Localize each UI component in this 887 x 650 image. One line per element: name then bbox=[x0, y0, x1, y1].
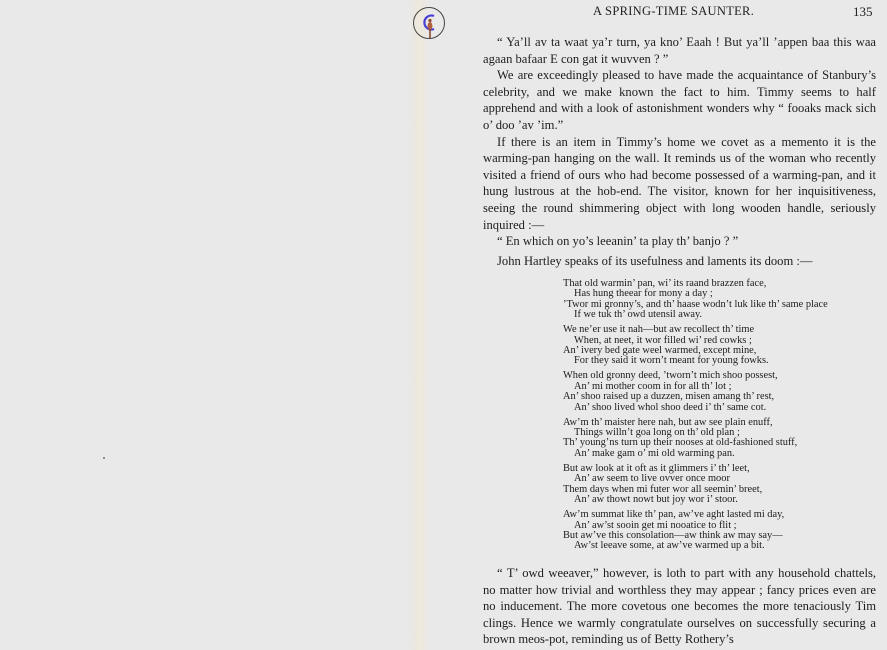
paragraph: “ Ya’ll av ta waat ya’r turn, ya kno’ Ea… bbox=[483, 34, 876, 67]
paragraph: “ En which on yo’s leeanin’ ta play th’ … bbox=[483, 233, 876, 250]
poem-stanza: Aw’m summat like th’ pan, aw’ve aght las… bbox=[563, 510, 828, 552]
paragraph: We are exceedingly pleased to have made … bbox=[483, 67, 876, 133]
body-text-top: “ Ya’ll av ta waat ya’r turn, ya kno’ Ea… bbox=[483, 34, 876, 250]
body-text-bottom: “ T’ owd weeaver,” however, is loth to p… bbox=[483, 565, 876, 648]
poem-stanza: When old gronny deed, ’tworn’t mich shoo… bbox=[563, 371, 828, 413]
page-number: 135 bbox=[853, 4, 873, 20]
poem-line: An’ shoo lived whol shoo deed i’ th’ sam… bbox=[563, 403, 828, 413]
paragraph: If there is an item in Timmy’s home we c… bbox=[483, 134, 876, 234]
poem-line: Aw’st leeave some, at aw’ve warmed up a … bbox=[563, 541, 828, 551]
poem-stanza: We ne’er use it nah—but aw recollect th’… bbox=[563, 325, 828, 367]
poem-stanza: Aw’m th’ maister here nah, but aw see pl… bbox=[563, 418, 828, 460]
poem-stanza: That old warmin’ pan, wi’ its raand braz… bbox=[563, 279, 828, 321]
poem-line: An’ make gam o’ mi old warming pan. bbox=[563, 449, 828, 459]
poem: That old warmin’ pan, wi’ its raand braz… bbox=[563, 279, 828, 556]
paragraph: “ T’ owd weeaver,” however, is loth to p… bbox=[483, 565, 876, 648]
running-head: A SPRING-TIME SAUNTER. bbox=[593, 4, 754, 19]
poem-line: An’ aw thowt nowt but joy wor i’ stoor. bbox=[563, 495, 828, 505]
page-speck bbox=[103, 457, 105, 459]
poem-stanza: But aw look at it oft as it glimmers i’ … bbox=[563, 464, 828, 506]
poem-line: If we tuk th’ owd utensil away. bbox=[563, 310, 828, 320]
poem-line: For they said it worn’t meant for young … bbox=[563, 356, 828, 366]
poem-intro: John Hartley speaks of its usefulness an… bbox=[497, 254, 813, 269]
poem-line: Aw’m summat like th’ pan, aw’ve aght las… bbox=[563, 510, 828, 520]
copyright-figure-icon bbox=[412, 6, 446, 40]
book-spread: A SPRING-TIME SAUNTER. 135 “ Ya’ll av ta… bbox=[0, 0, 887, 650]
left-page-blank bbox=[0, 0, 410, 650]
page-gutter bbox=[408, 0, 430, 650]
